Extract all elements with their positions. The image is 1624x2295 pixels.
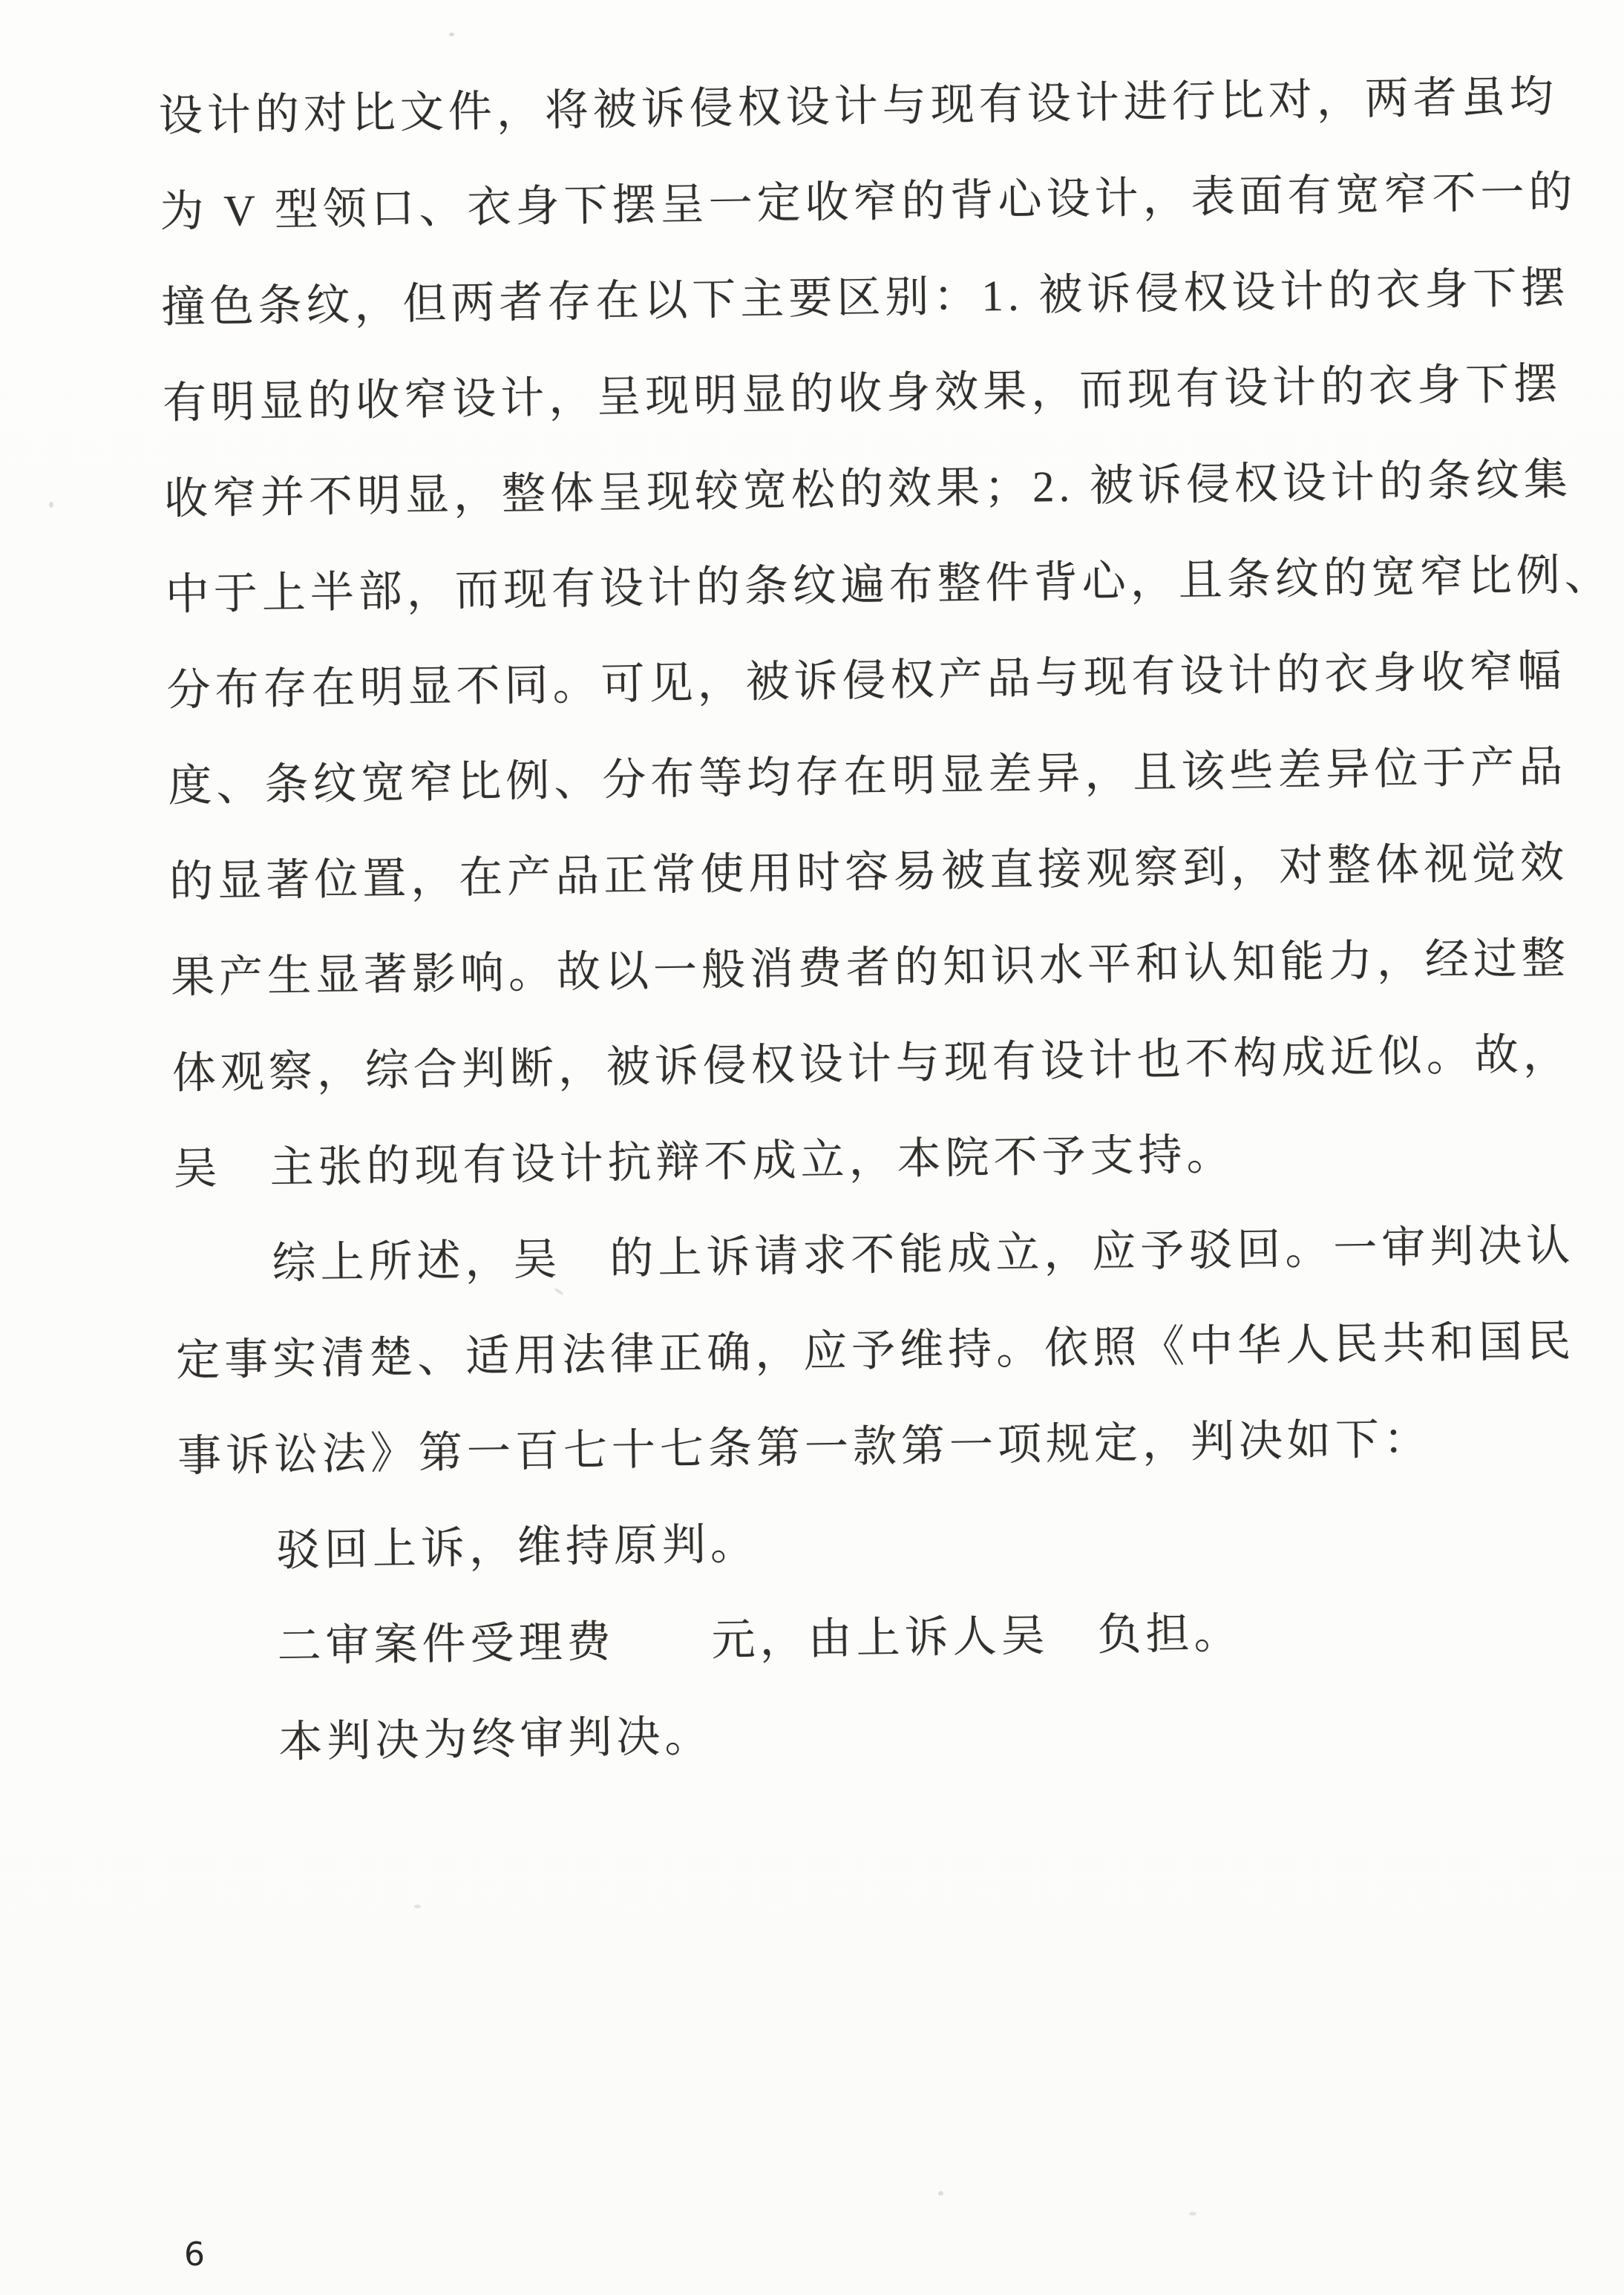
text-line: 为 V 型领口、衣身下摆呈一定收窄的背心设计，表面有宽窄不一的 bbox=[160, 148, 1519, 263]
text-line: 分布存在明显不同。可见，被诉侵权产品与现有设计的衣身收窄幅 bbox=[166, 626, 1526, 741]
judgment-text-block: 设计的对比文件，将被诉侵权设计与现有设计进行比对，两者虽均 为 V 型领口、衣身… bbox=[158, 52, 1540, 1794]
page-number: 6 bbox=[184, 2236, 205, 2273]
text-line: 设计的对比文件，将被诉侵权设计与现有设计进行比对，两者虽均 bbox=[158, 52, 1518, 167]
text-line: 中于上半部，而现有设计的条纹遍布整件背心，且条纹的宽窄比例、 bbox=[165, 531, 1525, 646]
text-line: 事诉讼法》第一百七十七条第一款第一项规定，判决如下： bbox=[177, 1392, 1536, 1507]
text-line: 驳回上诉，维持原判。 bbox=[178, 1488, 1538, 1603]
scan-speck bbox=[1189, 2212, 1196, 2216]
scan-speck bbox=[199, 953, 203, 957]
scan-speck bbox=[938, 2191, 943, 2196]
text-line: 收窄并不明显，整体呈现较宽松的效果；2. 被诉侵权设计的条纹集 bbox=[163, 435, 1523, 550]
text-line: 果产生显著影响。故以一般消费者的知识水平和认知能力，经过整 bbox=[170, 914, 1530, 1029]
text-line: 本判决为终审判决。 bbox=[181, 1680, 1541, 1795]
text-line: 体观察，综合判断，被诉侵权设计与现有设计也不构成近似。故， bbox=[171, 1009, 1531, 1124]
text-line: 撞色条纹，但两者存在以下主要区别：1. 被诉侵权设计的衣身下摆 bbox=[161, 243, 1521, 359]
document-page: 设计的对比文件，将被诉侵权设计与现有设计进行比对，两者虽均 为 V 型领口、衣身… bbox=[0, 0, 1624, 2295]
text-line: 吴 主张的现有设计抗辩不成立，本院不予支持。 bbox=[173, 1105, 1533, 1220]
text-line: 有明显的收窄设计，呈现明显的收身效果，而现有设计的衣身下摆 bbox=[162, 339, 1522, 454]
scan-speck bbox=[49, 502, 53, 508]
text-line: 二审案件受理费 元，由上诉人吴 负担。 bbox=[180, 1584, 1539, 1699]
text-line: 的显著位置，在产品正常使用时容易被直接观察到，对整体视觉效 bbox=[168, 818, 1528, 933]
text-line: 定事实清楚、适用法律正确，应予维持。依照《中华人民共和国民 bbox=[175, 1297, 1535, 1412]
scan-speck bbox=[414, 1905, 421, 1908]
scan-speck bbox=[449, 33, 454, 36]
text-line: 综上所述，吴 的上诉请求不能成立，应予驳回。一审判决认 bbox=[174, 1201, 1534, 1316]
text-line: 度、条纹宽窄比例、分布等均存在明显差异，且该些差异位于产品 bbox=[168, 722, 1528, 837]
